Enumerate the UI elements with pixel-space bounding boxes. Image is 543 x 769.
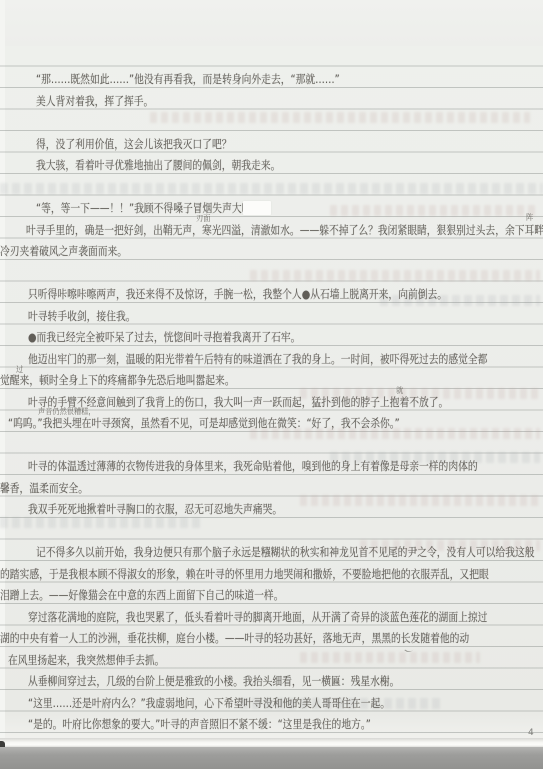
handwriting-line: 觉醒来，顿时全身上下的疼痛都争先恐后地叫嚣起来。 xyxy=(0,373,235,388)
interlinear-insertion: 就 xyxy=(396,386,403,395)
handwriting-line: 湖的中央有着一人工的沙洲，垂花扶柳，庭台小楼。——叶寻的轻功甚好，落地无声，黑黑… xyxy=(0,631,469,646)
bleedthrough-smudge xyxy=(250,270,540,281)
handwriting-line: 在风里扬起来，我突然想伸手去抓。 xyxy=(8,653,164,668)
handwriting-line: 得，没了利用价值，这会儿该把我灭口了吧？ xyxy=(36,137,232,152)
handwriting-line: 记不得多久以前开始，我身边便只有那个脑子永远是糨糊状的秋实和神龙见首不见尾的尹之… xyxy=(36,545,535,560)
handwriting-line: 冷刃夹着破风之声袭面而来。 xyxy=(0,244,127,259)
interlinear-insertion: 阵 xyxy=(526,213,533,222)
handwriting-line: 馨香，温柔而安全。 xyxy=(0,481,88,496)
handwriting-line: 泪蹭上去。——好像猫会在中意的东西上面留下自己的味道一样。 xyxy=(0,588,283,603)
handwriting-line: 美人背对着我，挥了挥手。 xyxy=(36,94,153,109)
handwriting-line: 叶寻的体温透过薄薄的衣物传进我的身体里来，我死命贴着他，嗅到他的身上有着像是母亲… xyxy=(28,459,478,474)
bleedthrough-smudge xyxy=(0,183,543,194)
bleedthrough-smudge xyxy=(300,495,540,506)
handwriting-line: “呜呜。”我把头埋在叶寻颈窝，虽然看不见，可是却感觉到他在微笑：“好了，我不会杀… xyxy=(8,416,400,431)
bleedthrough-smudge xyxy=(0,517,200,528)
handwriting-line: 叶寻手里的，确是一把好剑，出鞘无声，寒光四溢，清澈如水。——躲不掉了么？我闭紧眼… xyxy=(26,223,543,238)
handwriting-line: “这里……还是叶府内么？”我虚弱地问，心下希望叶寻没和他的美人哥哥住在一起。 xyxy=(28,696,390,711)
scanner-background xyxy=(0,747,543,769)
handwriting-line: 只听得咔嚓咔嚓两声，我还来得不及惊讶，手腕一松，我整个人●从石墙上脱离开来，向前… xyxy=(28,287,447,302)
handwriting-line: “那……既然如此……”他没有再看我，而是转身向外走去，“那就……” xyxy=(36,72,340,87)
interlinear-insertion: 过 xyxy=(16,365,23,374)
handwriting-line: 的踏实感，于是我根本顾不得淑女的形象，赖在叶寻的怀里用力地哭闹和撒娇，不要脸地把… xyxy=(0,567,489,582)
handwriting-line: 从垂柳间穿过去，几级的台阶上便是雅致的小楼。我抬头细看，见一横匾：残星水榭。 xyxy=(28,674,399,689)
handwriting-line: 我大骇，看着叶寻优雅地抽出了腰间的佩剑，朝我走来。 xyxy=(36,158,280,173)
page-number: 4 xyxy=(528,728,534,738)
handwriting-line: ●而我已经完全被吓呆了过去，恍惚间叶寻抱着我离开了石牢。 xyxy=(28,330,300,345)
correction-fluid-patch xyxy=(243,201,271,215)
interlinear-insertion: 刃面 xyxy=(196,214,210,223)
handwriting-line: “是的。叶府比你想象的要大。”叶寻的声音照旧不紧不缓：“这里是我住的地方。” xyxy=(28,717,371,732)
paper-sheen xyxy=(0,0,543,46)
handwriting-line: “等，等一下——！！”我顾不得嗓子冒烟失声大叫。 xyxy=(36,201,261,216)
bleedthrough-smudge xyxy=(300,652,480,663)
bleedthrough-smudge xyxy=(150,112,530,123)
handwriting-line: 穿过落花满地的庭院，我也哭累了，低头看着叶寻的脚离开地面，从开满了奇异的淡蓝色莲… xyxy=(28,610,487,625)
handwriting-line: 叶寻转手收剑，接住我。 xyxy=(28,309,136,324)
interlinear-insertion: 声音仍然很糟糕， xyxy=(38,407,96,416)
handwriting-line: 他迈出牢门的那一刻，温暖的阳光带着午后特有的味道洒在了我的身上。一时间，被吓得死… xyxy=(28,352,487,367)
bleedthrough-smudge xyxy=(330,205,535,216)
manuscript-page: “那……既然如此……”他没有再看我，而是转身向外走去，“那就……”美人背对着我，… xyxy=(0,0,543,744)
handwriting-line: 我双手死死地揪着叶寻胸口的衣服，忍无可忍地失声痛哭。 xyxy=(28,502,282,517)
